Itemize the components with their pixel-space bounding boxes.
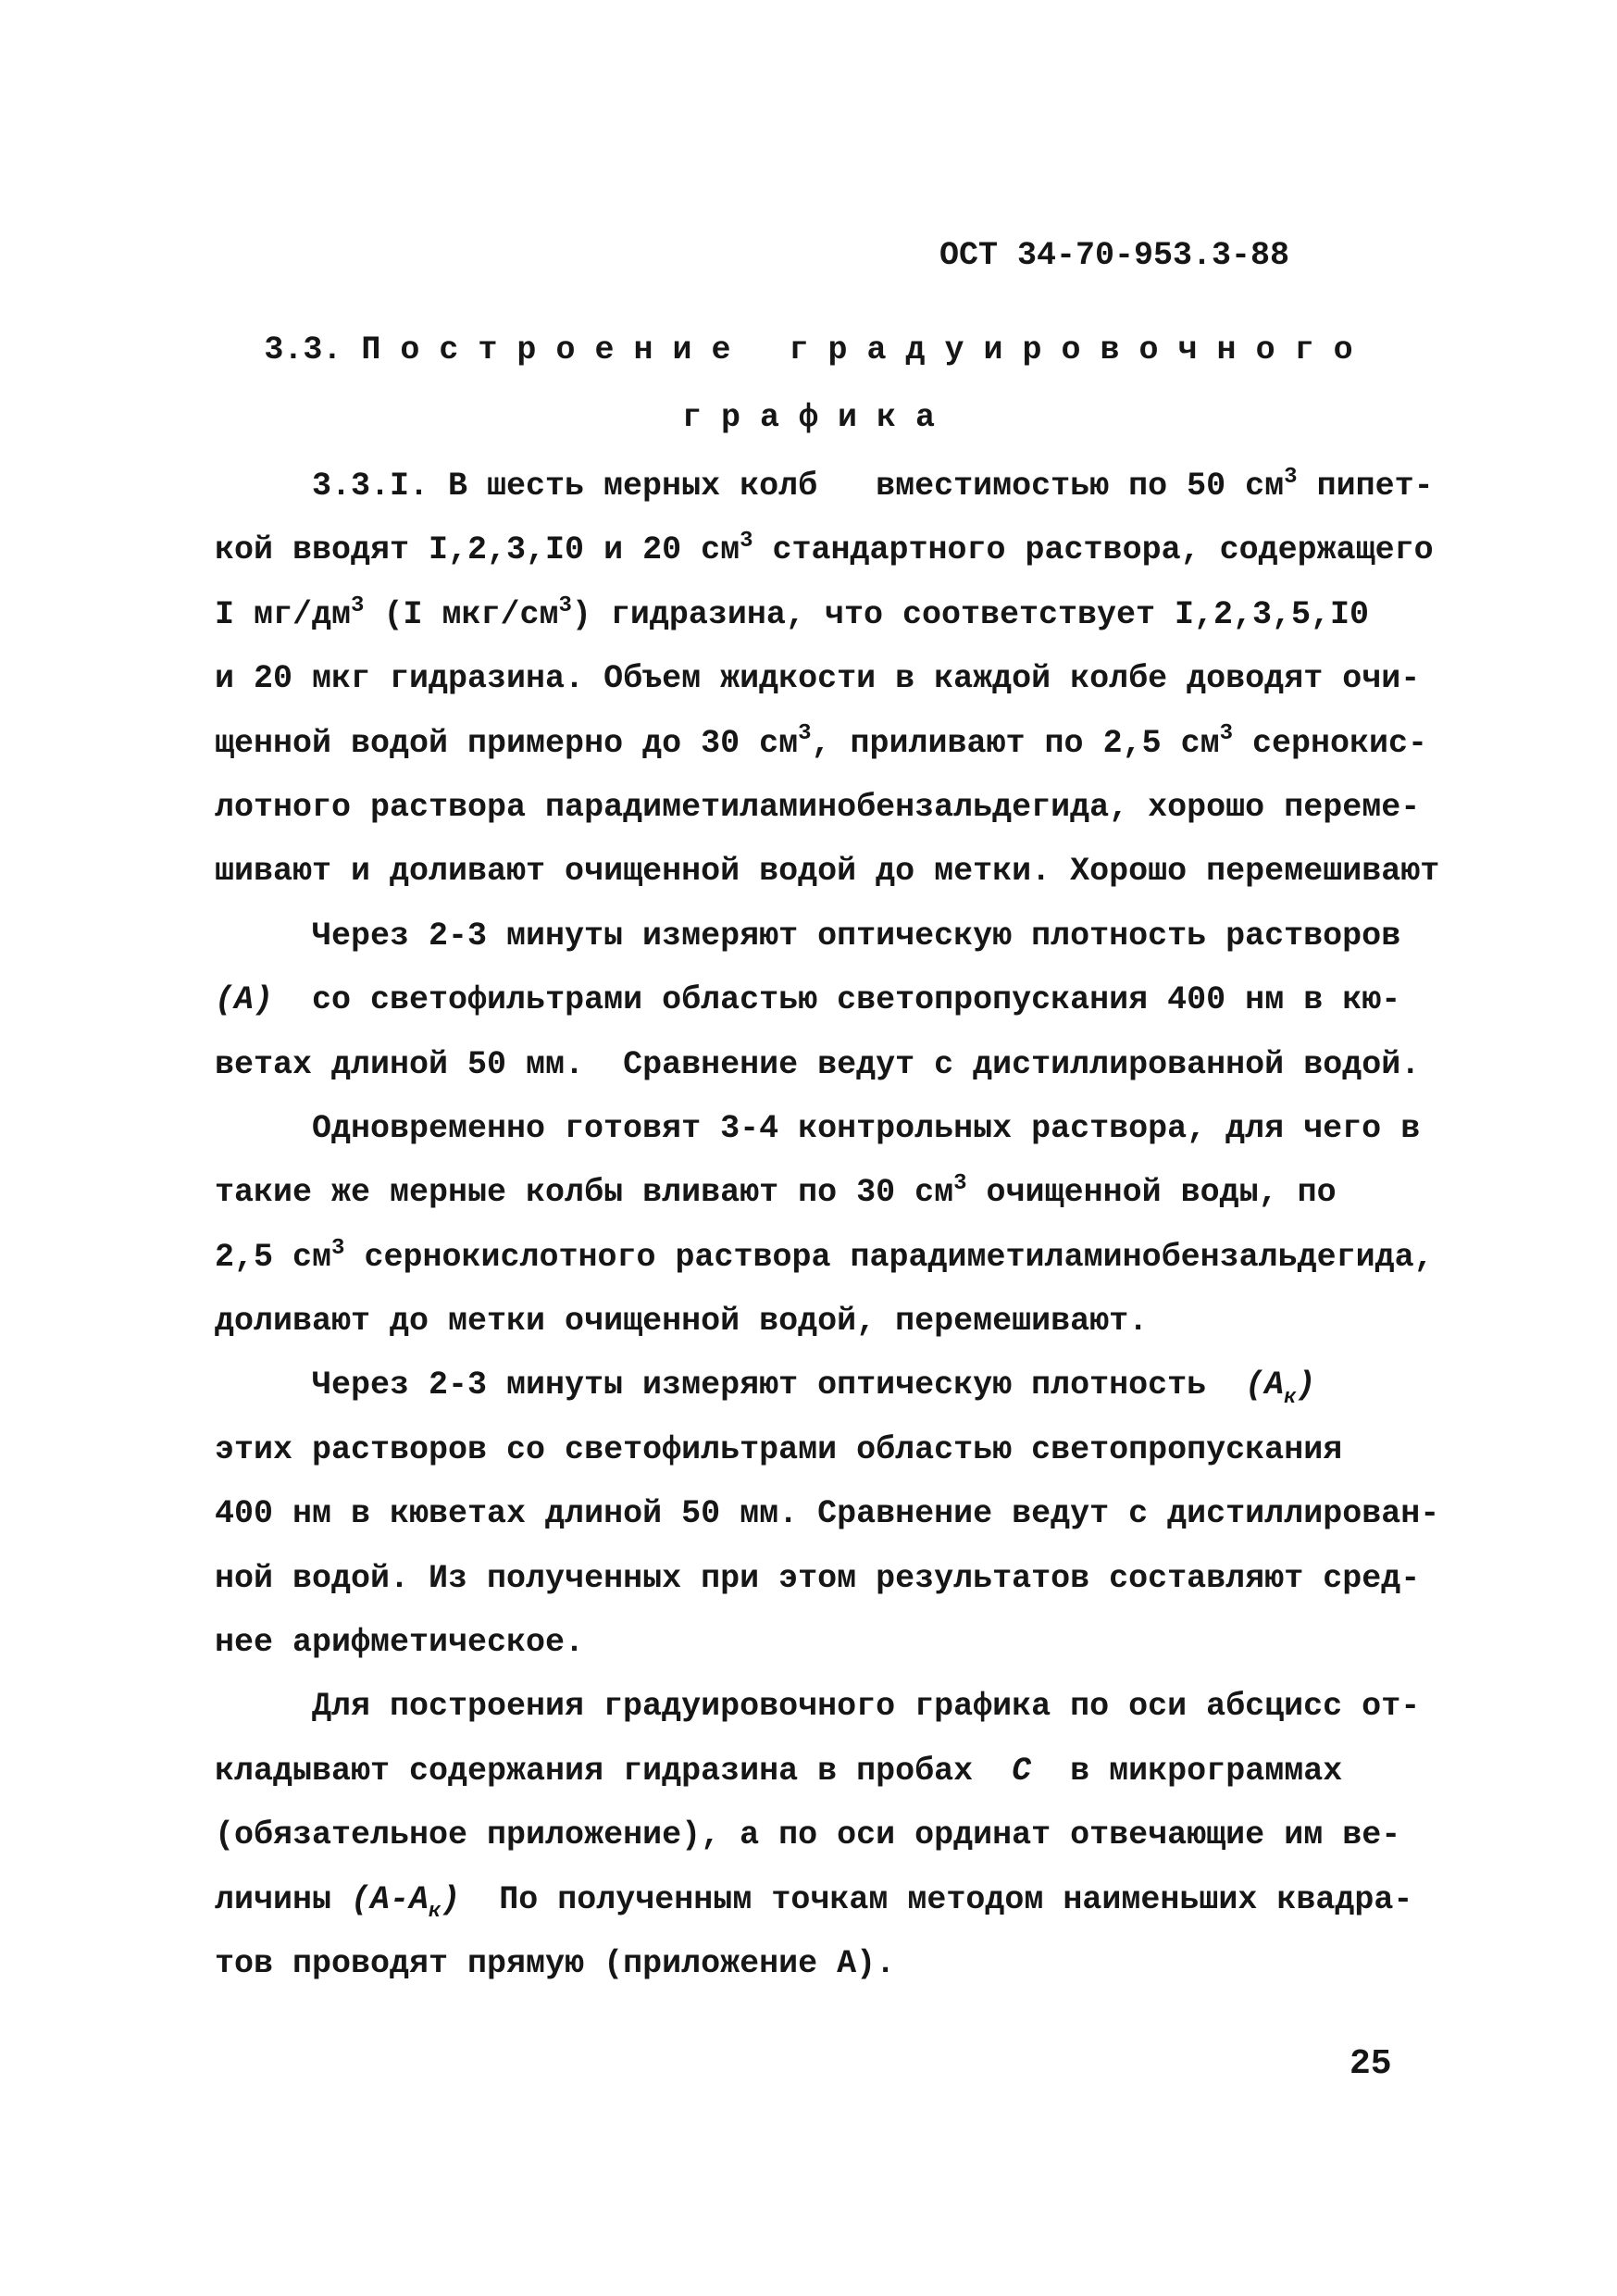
text-line: щенной водой примерно до 30 см3, прилива… bbox=[215, 712, 1511, 776]
section-title-line2: г р а ф и к а bbox=[0, 385, 1617, 450]
text-line: 2,5 см3 сернокислотного раствора парадим… bbox=[215, 1226, 1511, 1290]
text-line: ной водой. Из полученных при этом резуль… bbox=[215, 1547, 1511, 1611]
text-line: такие же мерные колбы вливают по 30 см3 … bbox=[215, 1161, 1511, 1225]
text-line: кладывают содержания гидразина в пробах … bbox=[215, 1740, 1511, 1803]
text-line: личины (А-Ак) По полученным точкам метод… bbox=[215, 1868, 1511, 1932]
text-line: Через 2-3 минуты измеряют оптическую пло… bbox=[215, 905, 1511, 968]
section-title-line1: 3.3. П о с т р о е н и е г р а д у и р о… bbox=[0, 318, 1617, 382]
text-line: (обязательное приложение), а по оси орди… bbox=[215, 1803, 1511, 1867]
text-line: Через 2-3 минуты измеряют оптическую пло… bbox=[215, 1354, 1511, 1417]
text-line: и 20 мкг гидразина. Объем жидкости в каж… bbox=[215, 647, 1511, 711]
text-line: шивают и доливают очищенной водой до мет… bbox=[215, 840, 1511, 904]
text-line: 400 нм в кюветах длиной 50 мм. Сравнение… bbox=[215, 1482, 1511, 1546]
text-line: нее арифметическое. bbox=[215, 1611, 1511, 1675]
text-line: Для построения градуировочного графика п… bbox=[215, 1675, 1511, 1739]
text-line: 3.3.I. В шесть мерных колб вместимостью … bbox=[215, 455, 1511, 518]
text-line: лотного раствора парадиметиламинобензаль… bbox=[215, 776, 1511, 840]
document-standard-number: ОСТ 34-70-953.3-88 bbox=[939, 223, 1289, 288]
text-line: (А) со светофильтрами областью светопроп… bbox=[215, 968, 1511, 1032]
document-body: 3.3.I. В шесть мерных колб вместимостью … bbox=[215, 455, 1511, 1996]
text-line: этих растворов со светофильтрами область… bbox=[215, 1418, 1511, 1482]
page-number: 25 bbox=[1350, 2032, 1392, 2097]
text-line: ветах длиной 50 мм. Сравнение ведут с ди… bbox=[215, 1033, 1511, 1097]
text-line: доливают до метки очищенной водой, перем… bbox=[215, 1290, 1511, 1354]
document-page: ОСТ 34-70-953.3-88 3.3. П о с т р о е н … bbox=[0, 0, 1617, 2296]
text-line: I мг/дм3 (I мкг/см3) гидразина, что соот… bbox=[215, 583, 1511, 647]
text-line: кой вводят I,2,3,I0 и 20 см3 стандартног… bbox=[215, 518, 1511, 582]
text-line: тов проводят прямую (приложение А). bbox=[215, 1932, 1511, 1996]
text-line: Одновременно готовят 3-4 контрольных рас… bbox=[215, 1097, 1511, 1161]
